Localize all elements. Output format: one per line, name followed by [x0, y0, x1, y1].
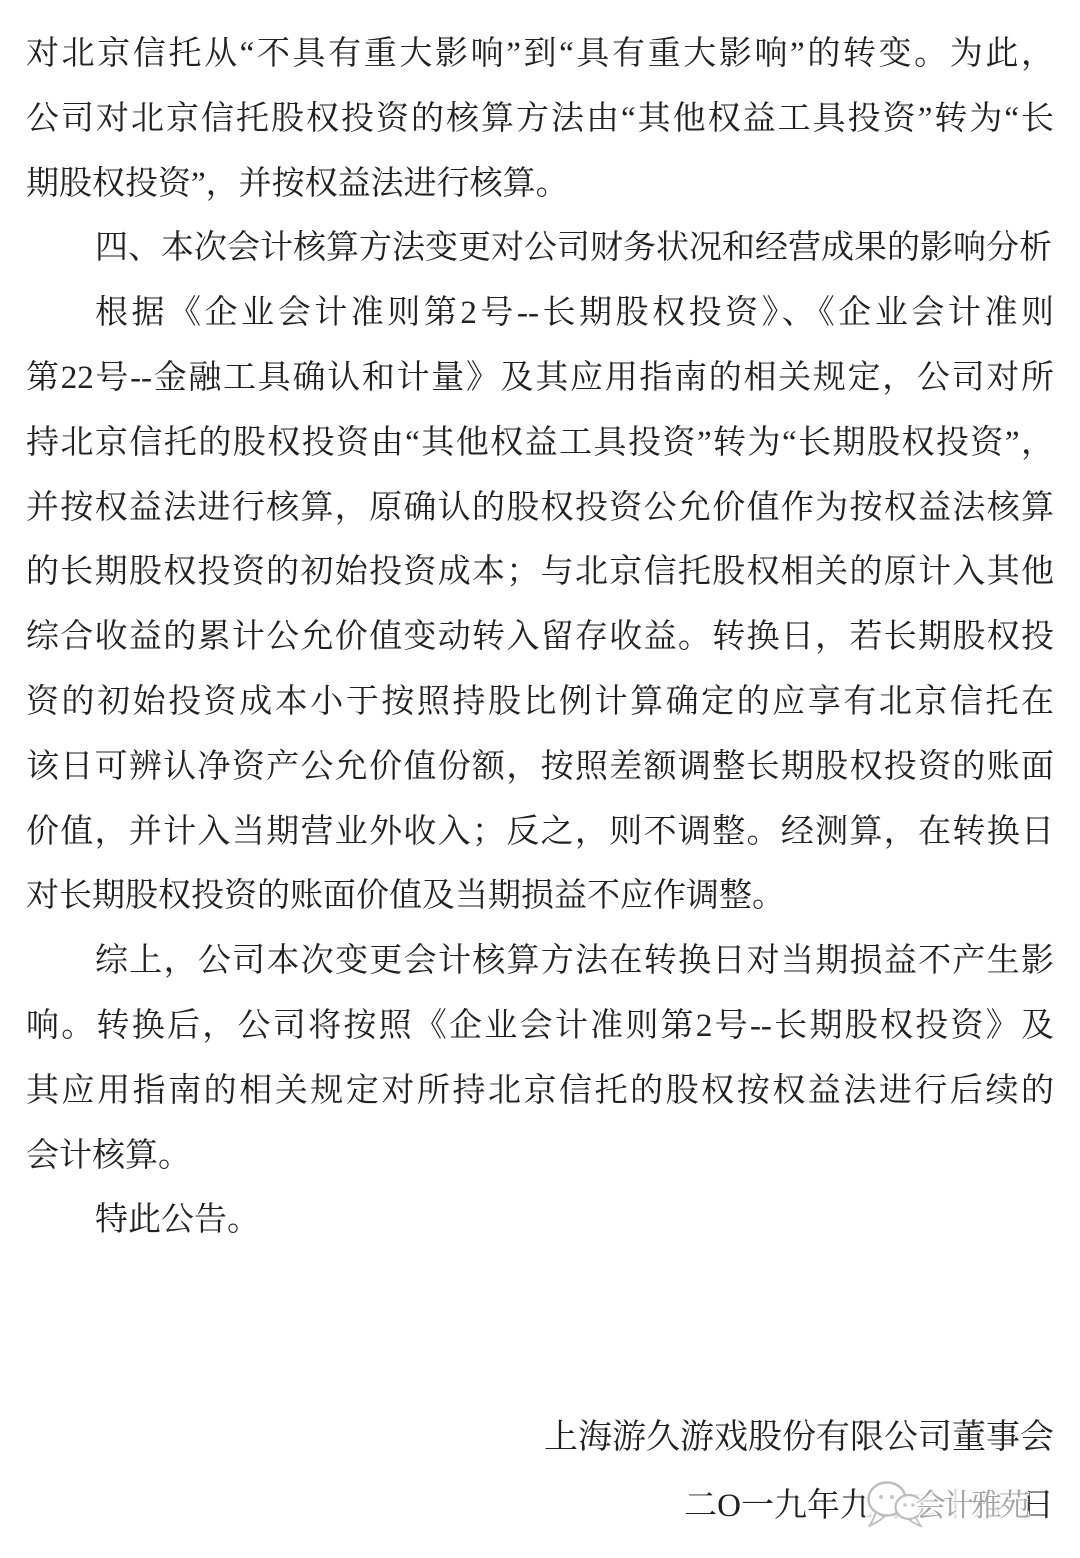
text-line: 持北京信托的股权投资由“其他权益工具投资”转为“长期股权投资”， — [26, 411, 1054, 476]
text-line: 综合收益的累计公允价值变动转入留存收益。转换日，若长期股权投 — [26, 605, 1054, 670]
text-line: 资的初始投资成本小于按照持股比例计算确定的应享有北京信托在 — [26, 670, 1054, 735]
text-line: 并按权益法进行核算，原确认的股权投资公允价值作为按权益法核算 — [26, 476, 1054, 541]
signature-block: 上海游久游戏股份有限公司董事会 二O一九年九月二十八 会计雅苑日 — [26, 1415, 1054, 1529]
text-line: 四、本次会计核算方法变更对公司财务状况和经营成果的影响分析 — [26, 216, 1054, 281]
signature-company: 上海游久游戏股份有限公司董事会 — [26, 1415, 1054, 1461]
document-page: 对北京信托从“不具有重大影响”到“具有重大影响”的转变。为此，公司对北京信托股权… — [0, 0, 1080, 1558]
text-line: 公司对北京信托股权投资的核算方法由“其他权益工具投资”转为“长 — [26, 87, 1054, 152]
watermark-text: 会计雅苑 — [915, 1483, 1027, 1529]
text-line: 响。转换后，公司将按照《企业会计准则第2号--长期股权投资》及 — [26, 994, 1054, 1059]
text-line: 第22号--金融工具确认和计量》及其应用指南的相关规定，公司对所 — [26, 346, 1054, 411]
document-body: 对北京信托从“不具有重大影响”到“具有重大影响”的转变。为此，公司对北京信托股权… — [26, 22, 1054, 1253]
signature-date-obscured: 月二十八 会计雅苑 — [873, 1483, 1021, 1529]
text-line: 对长期股权投资的账面价值及当期损益不应作调整。 — [26, 864, 1054, 929]
text-line: 的长期股权投资的初始投资成本；与北京信托股权相关的原计入其他 — [26, 540, 1054, 605]
text-line: 该日可辨认净资产公允价值份额，按照差额调整长期股权投资的账面 — [26, 735, 1054, 800]
text-line: 根据《企业会计准则第2号--长期股权投资》、《企业会计准则 — [26, 281, 1054, 346]
text-line: 对北京信托从“不具有重大影响”到“具有重大影响”的转变。为此， — [26, 22, 1054, 87]
text-line: 特此公告。 — [26, 1188, 1054, 1253]
signature-date: 二O一九年九月二十八 会计雅苑日 — [26, 1483, 1054, 1529]
text-line: 期股权投资”，并按权益法进行核算。 — [26, 152, 1054, 217]
signature-date-prefix: 二O一九年九 — [684, 1488, 873, 1524]
text-line: 会计核算。 — [26, 1124, 1054, 1189]
text-line: 价值，并计入当期营业外收入；反之，则不调整。经测算，在转换日 — [26, 800, 1054, 865]
text-line: 综上，公司本次变更会计核算方法在转换日对当期损益不产生影 — [26, 929, 1054, 994]
text-line: 其应用指南的相关规定对所持北京信托的股权按权益法进行后续的 — [26, 1059, 1054, 1124]
